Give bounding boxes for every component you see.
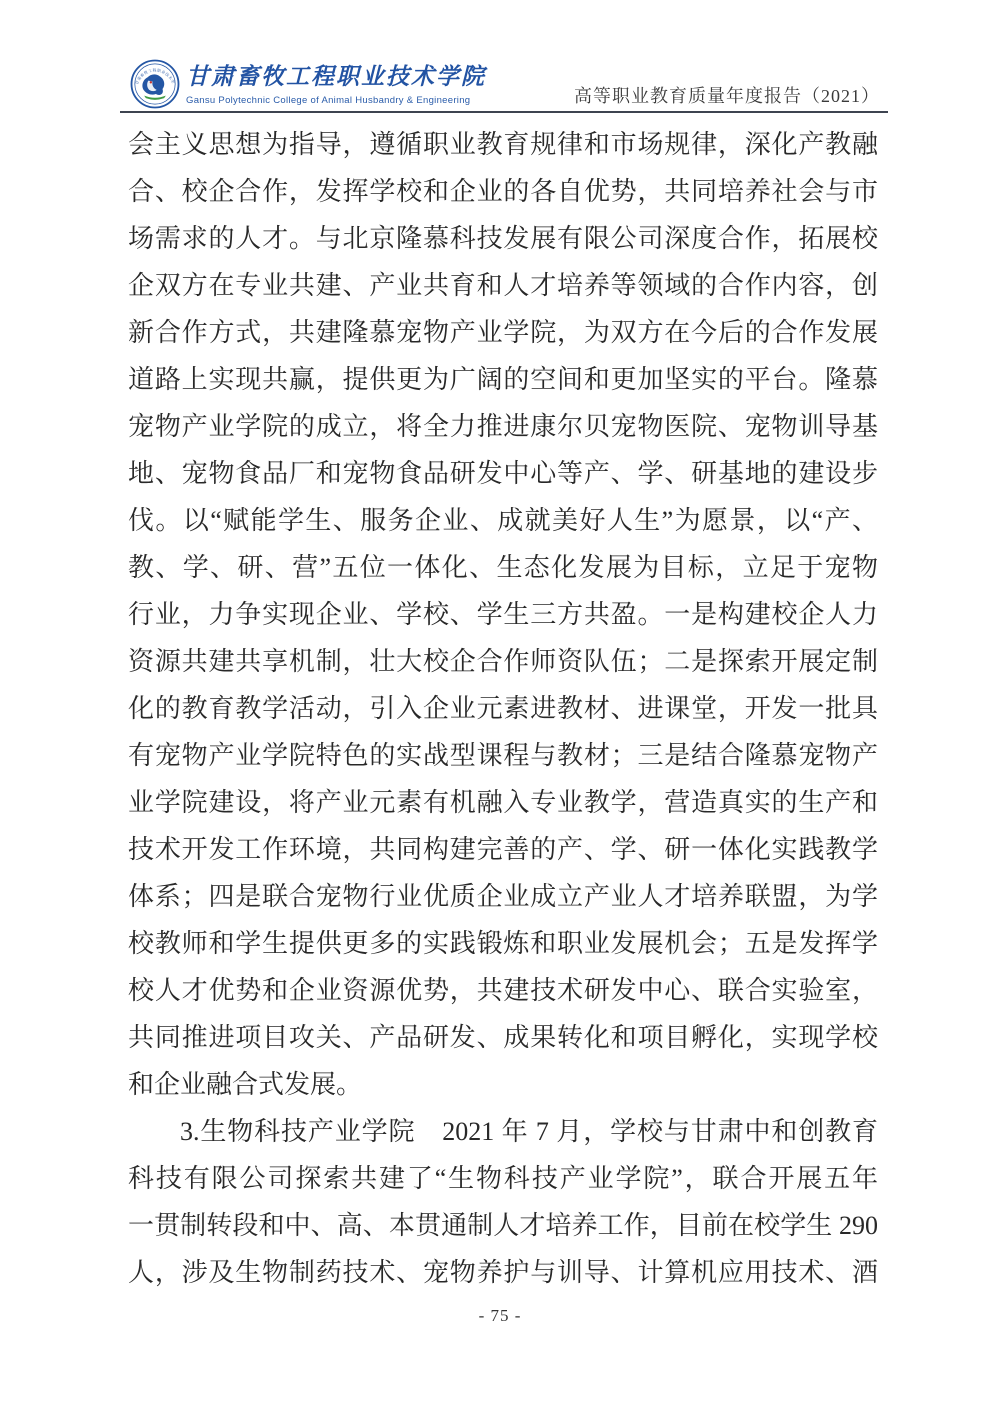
text-line: 会主义思想为指导，遵循职业教育规律和市场规律，深化产教融 [128, 121, 878, 168]
text-line: 新合作方式，共建隆慕宠物产业学院，为双方在今后的合作发展 [128, 309, 878, 356]
text-line: 体系；四是联合宠物行业优质企业成立产业人才培养联盟，为学 [128, 873, 878, 920]
text-line: 宠物产业学院的成立，将全力推进康尔贝宠物医院、宠物训导基 [128, 403, 878, 450]
text-line: 合、校企合作，发挥学校和企业的各自优势，共同培养社会与市 [128, 168, 878, 215]
college-name-en: Gansu Polytechnic College of Animal Husb… [186, 95, 516, 106]
text-line: 资源共建共享机制，壮大校企合作师资队伍；二是探索开展定制 [128, 638, 878, 685]
text-line: 业学院建设，将产业元素有机融入专业教学，营造真实的生产和 [128, 779, 878, 826]
text-line: 教、学、研、营”五位一体化、生态化发展为目标，立足于宠物 [128, 544, 878, 591]
text-line: 企双方在专业共建、产业共育和人才培养等领域的合作内容，创 [128, 262, 878, 309]
document-page: 甘肃畜牧工程职业技术学院 甘肃畜牧工程职业技术学院 Gansu Polytech… [0, 0, 1000, 1414]
text-line: 道路上实现共赢，提供更为广阔的空间和更加坚实的平台。隆慕 [128, 356, 878, 403]
report-title: 高等职业教育质量年度报告（2021） [574, 82, 880, 108]
text-line: 科技有限公司探索共建了“生物科技产业学院”，联合开展五年 [128, 1155, 878, 1202]
college-emblem-icon: 甘肃畜牧工程职业技术学院 [130, 59, 180, 109]
text-line: 校教师和学生提供更多的实践锻炼和职业发展机会；五是发挥学 [128, 920, 878, 967]
page-number: - 75 - [0, 1306, 1000, 1326]
text-line: 场需求的人才。与北京隆慕科技发展有限公司深度合作，拓展校 [128, 215, 878, 262]
text-line: 一贯制转段和中、高、本贯通制人才培养工作，目前在校学生 290 [128, 1202, 878, 1249]
text-line: 3.生物科技产业学院 2021 年 7 月，学校与甘肃中和创教育 [128, 1108, 878, 1155]
text-line: 和企业融合式发展。 [128, 1061, 878, 1108]
college-name-block: 甘肃畜牧工程职业技术学院 Gansu Polytechnic College o… [186, 58, 516, 106]
text-line: 技术开发工作环境，共同构建完善的产、学、研一体化实践教学 [128, 826, 878, 873]
text-line: 伐。以“赋能学生、服务企业、成就美好人生”为愿景，以“产、 [128, 497, 878, 544]
text-line: 化的教育教学活动，引入企业元素进教材、进课堂，开发一批具 [128, 685, 878, 732]
body-text: 会主义思想为指导，遵循职业教育规律和市场规律，深化产教融 合、校企合作，发挥学校… [128, 121, 878, 1296]
text-line: 地、宠物食品厂和宠物食品研发中心等产、学、研基地的建设步 [128, 450, 878, 497]
text-line: 人，涉及生物制药技术、宠物养护与训导、计算机应用技术、酒 [128, 1249, 878, 1296]
text-line: 校人才优势和企业资源优势，共建技术研发中心、联合实验室， [128, 967, 878, 1014]
text-line: 有宠物产业学院特色的实战型课程与教材；三是结合隆慕宠物产 [128, 732, 878, 779]
college-name-zh: 甘肃畜牧工程职业技术学院 [186, 58, 516, 91]
text-line: 行业，力争实现企业、学校、学生三方共盈。一是构建校企人力 [128, 591, 878, 638]
header-rule [120, 111, 888, 113]
text-line: 共同推进项目攻关、产品研发、成果转化和项目孵化，实现学校 [128, 1014, 878, 1061]
